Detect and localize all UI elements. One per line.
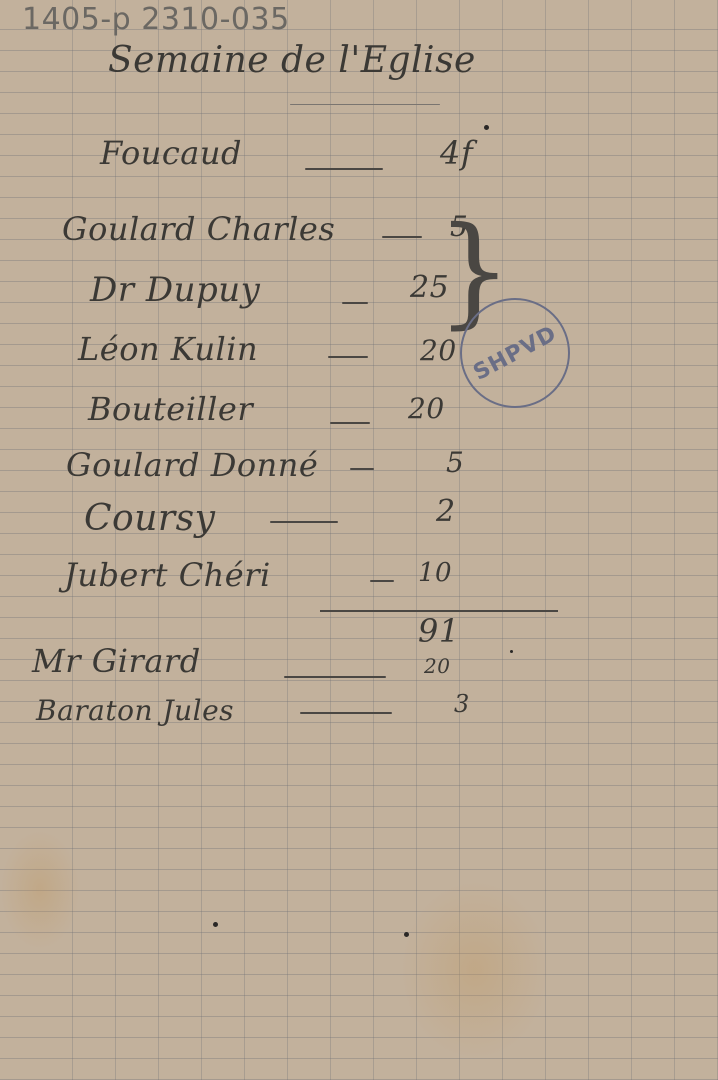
entry-dash bbox=[300, 712, 392, 714]
paper-stain bbox=[400, 880, 550, 1060]
entry-dash bbox=[284, 676, 386, 678]
entry-dash bbox=[330, 422, 370, 424]
ink-dot bbox=[404, 932, 409, 937]
entry-amount: 20 bbox=[420, 334, 457, 367]
entry-name: Foucaud bbox=[100, 134, 242, 172]
entry-amount: 3 bbox=[454, 690, 470, 718]
entry-name: Dr Dupuy bbox=[90, 270, 260, 310]
subtotal: 91 bbox=[418, 612, 460, 650]
paper-stain bbox=[0, 830, 80, 950]
ink-dot bbox=[213, 922, 218, 927]
entry-name: Jubert Chéri bbox=[64, 556, 271, 594]
entry-name: Mr Girard bbox=[32, 642, 201, 680]
stamp-text: SHPVD bbox=[469, 321, 561, 386]
entry-amount: 4f bbox=[440, 134, 473, 172]
entry-name: Coursy bbox=[84, 498, 215, 539]
entry-dash bbox=[270, 521, 338, 523]
document-title: Semaine de l'Eglise bbox=[108, 40, 476, 81]
entry-name: Goulard Donné bbox=[66, 446, 318, 484]
entry-name: Goulard Charles bbox=[62, 210, 335, 248]
entry-amount: 20 bbox=[424, 654, 450, 678]
entry-amount: 5 bbox=[446, 446, 464, 479]
entry-amount: 20 bbox=[408, 392, 445, 425]
entry-dash bbox=[328, 356, 368, 358]
entry-name: Baraton Jules bbox=[36, 694, 234, 727]
ink-dot bbox=[510, 650, 513, 653]
entry-name: Léon Kulin bbox=[78, 330, 258, 368]
entry-amount: 10 bbox=[418, 558, 452, 588]
entry-amount: 2 bbox=[436, 494, 456, 529]
title-underline bbox=[290, 104, 440, 105]
entry-dash bbox=[350, 468, 374, 470]
entry-name: Bouteiller bbox=[88, 390, 253, 428]
entry-dash bbox=[305, 168, 383, 170]
reference-number: 1405-p 2310-035 bbox=[22, 2, 290, 37]
entry-dash bbox=[382, 236, 422, 238]
archive-stamp: SHPVD bbox=[460, 298, 570, 408]
document-page: 1405-p 2310-035 Semaine de l'Eglise Fouc… bbox=[0, 0, 718, 1080]
ink-dot bbox=[484, 125, 489, 130]
entry-dash bbox=[370, 580, 394, 582]
entry-dash bbox=[342, 302, 368, 304]
